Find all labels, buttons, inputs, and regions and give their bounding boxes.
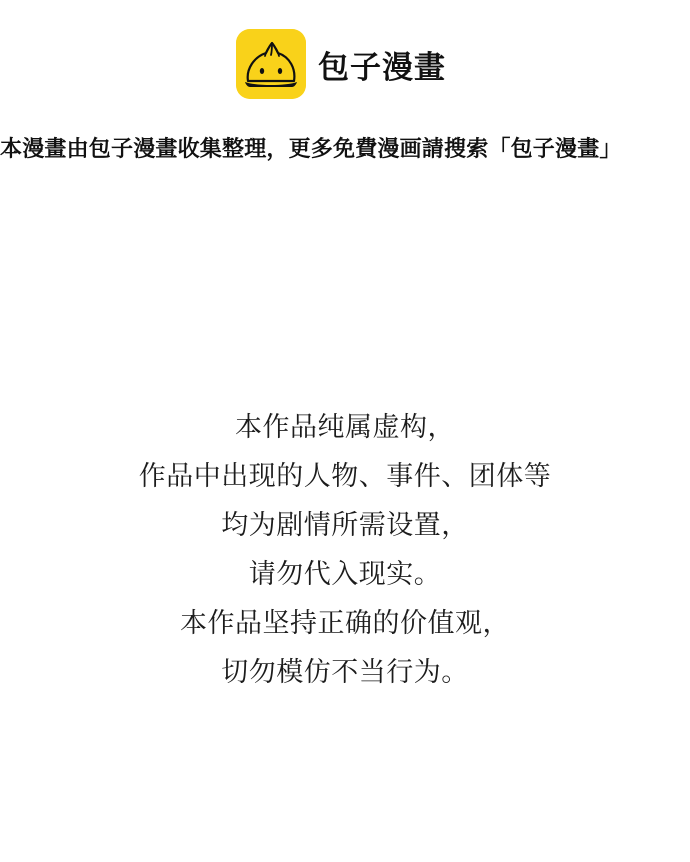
- brand-header: 包子漫畫: [236, 29, 446, 99]
- disclaimer-line: 本作品坚持正确的价值观，: [0, 599, 690, 648]
- steamed-bun-icon: [236, 29, 306, 99]
- disclaimer-line: 请勿代入现实。: [0, 550, 690, 599]
- disclaimer-line: 均为剧情所需设置，: [0, 501, 690, 550]
- disclaimer-line: 作品中出现的人物、事件、团体等: [0, 452, 690, 501]
- disclaimer-line: 本作品纯属虚构，: [0, 403, 690, 452]
- disclaimer-line: 切勿模仿不当行为。: [0, 648, 690, 697]
- brand-name: 包子漫畫: [318, 42, 446, 87]
- source-notice: 本漫畫由包子漫畫收集整理，更多免費漫画請搜索「包子漫畫」: [0, 134, 690, 166]
- content-disclaimer: 本作品纯属虚构， 作品中出现的人物、事件、团体等 均为剧情所需设置， 请勿代入现…: [0, 403, 690, 697]
